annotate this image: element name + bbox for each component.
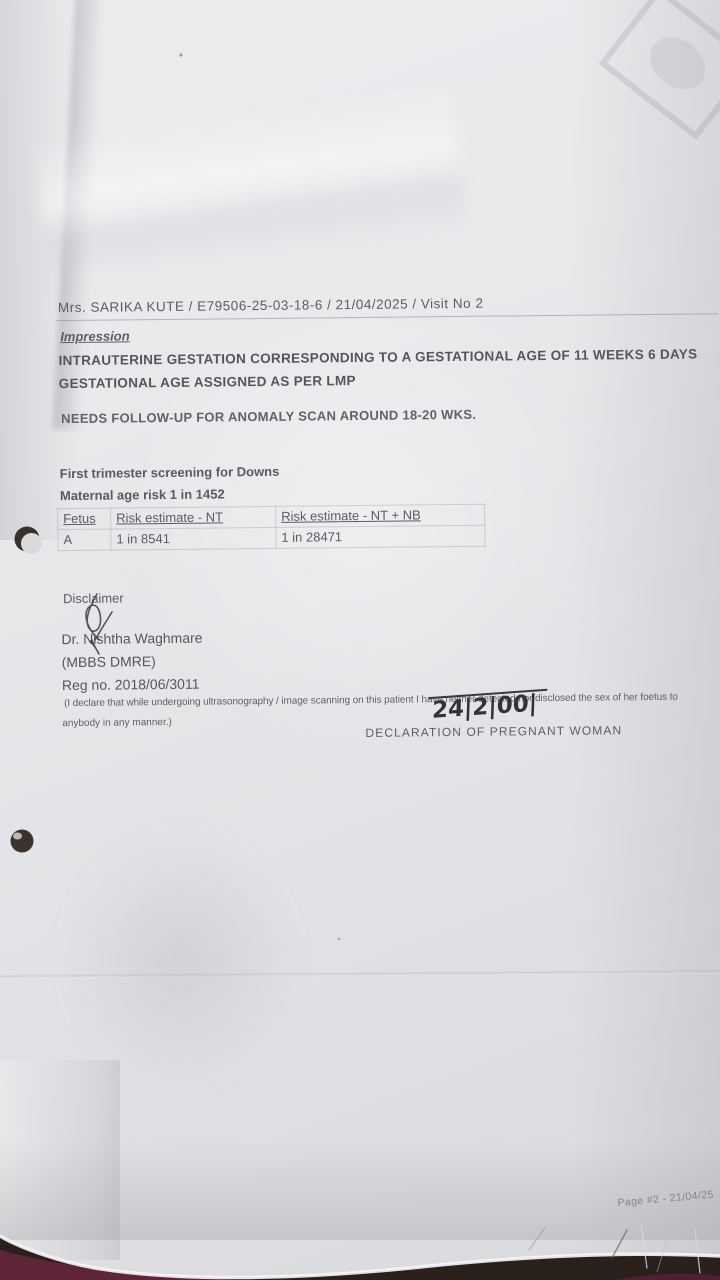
impression-line-1: INTRAUTERINE GESTATION CORRESPONDING TO … [58, 346, 697, 368]
followup-note: NEEDS FOLLOW-UP FOR ANOMALY SCAN AROUND … [61, 407, 476, 426]
declaration-small-print-2: anybody in any manner.) [62, 717, 172, 729]
cell-risk-nt-nb: 1 in 28471 [276, 525, 485, 548]
col-header-fetus: Fetus [58, 508, 111, 530]
header-rule [56, 313, 718, 321]
doctor-registration: Reg no. 2018/06/3011 [62, 676, 200, 693]
risk-table-wrapper: Fetus Risk estimate - NT Risk estimate -… [57, 504, 485, 551]
disclaimer-label: Disclaimer [63, 590, 124, 606]
impression-line-2: GESTATIONAL AGE ASSIGNED AS PER LMP [59, 373, 356, 391]
declaration-small-print-1: (I declare that while undergoing ultraso… [64, 692, 678, 709]
cell-fetus: A [58, 529, 111, 551]
table-row: A 1 in 8541 1 in 28471 [58, 525, 485, 550]
report-text-block: Mrs. SARIKA KUTE / E79506-25-03-18-6 / 2… [0, 0, 720, 1280]
doctor-qualification: (MBBS DMRE) [62, 653, 156, 670]
col-header-risk-nt: Risk estimate - NT [111, 506, 276, 529]
photographed-report-page: Mrs. SARIKA KUTE / E79506-25-03-18-6 / 2… [0, 0, 720, 1280]
doctor-name: Dr. Nishtha Waghmare [61, 630, 202, 647]
page-footer: Page #2 - 21/04/25 [617, 1189, 714, 1210]
patient-header-line: Mrs. SARIKA KUTE / E79506-25-03-18-6 / 2… [58, 296, 484, 315]
maternal-age-risk: Maternal age risk 1 in 1452 [60, 486, 225, 503]
risk-estimate-table: Fetus Risk estimate - NT Risk estimate -… [57, 504, 485, 551]
col-header-risk-nt-nb: Risk estimate - NT + NB [276, 504, 485, 527]
impression-heading: Impression [60, 328, 130, 344]
declaration-title: DECLARATION OF PREGNANT WOMAN [365, 723, 622, 740]
screening-title: First trimester screening for Downs [60, 464, 280, 481]
cell-risk-nt: 1 in 8541 [111, 527, 276, 550]
